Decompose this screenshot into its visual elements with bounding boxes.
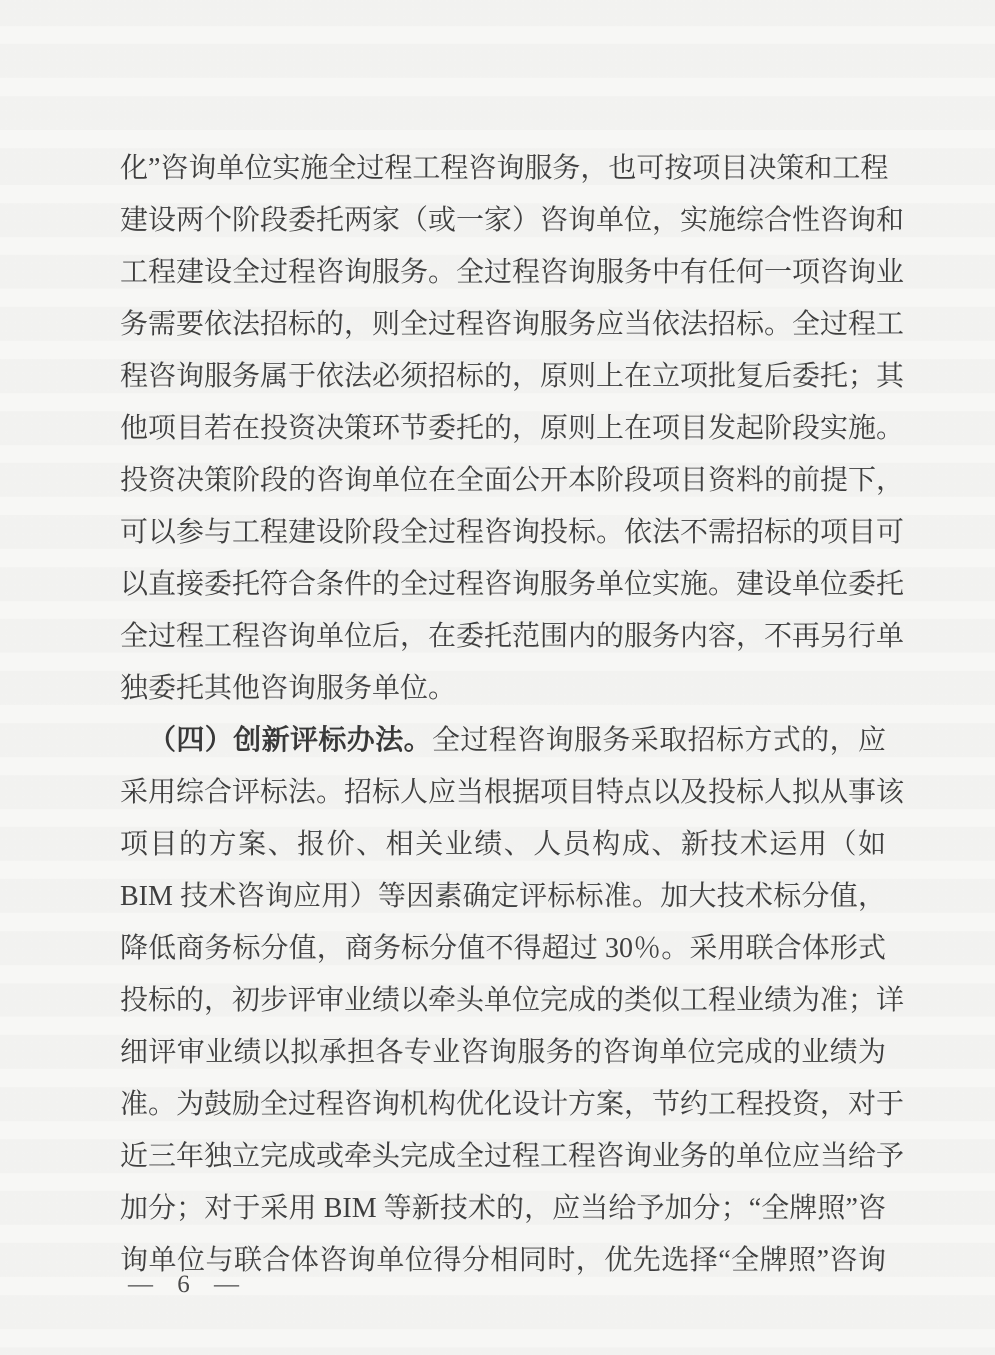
text-line: BIM 技术咨询应用）等因素确定评标标准。加大技术标分值，	[120, 871, 886, 923]
text-line: 投标的，初步评审业绩以牵头单位完成的类似工程业绩为准；详	[120, 975, 886, 1027]
text-line: 采用综合评标法。招标人应当根据项目特点以及投标人拟从事该	[120, 767, 886, 819]
text-line: 工程建设全过程咨询服务。全过程咨询服务中有任何一项咨询业	[120, 247, 886, 299]
page-footer: — 6 —	[128, 1268, 240, 1302]
text-line: 降低商务标分值，商务标分值不得超过 30％。采用联合体形式	[120, 923, 886, 975]
text-line: 建设两个阶段委托两家（或一家）咨询单位，实施综合性咨询和	[120, 195, 886, 247]
text-line: 准。为鼓励全过程咨询机构优化设计方案，节约工程投资，对于	[120, 1079, 886, 1131]
text-line: 务需要依法招标的，则全过程咨询服务应当依法招标。全过程工	[120, 299, 886, 351]
text-line: 近三年独立完成或牵头完成全过程工程咨询业务的单位应当给予	[120, 1131, 886, 1183]
text-line: 全过程工程咨询单位后，在委托范围内的服务内容，不再另行单	[120, 611, 886, 663]
text-line: 程咨询服务属于依法必须招标的，原则上在立项批复后委托；其	[120, 351, 886, 403]
text-line: 加分；对于采用 BIM 等新技术的，应当给予加分；“全牌照”咨	[120, 1183, 886, 1235]
text-line: 以直接委托符合条件的全过程咨询服务单位实施。建设单位委托	[120, 559, 886, 611]
text-line: 细评审业绩以拟承担各专业咨询服务的咨询单位完成的业绩为	[120, 1027, 886, 1079]
text-line: 他项目若在投资决策环节委托的，原则上在项目发起阶段实施。	[120, 403, 886, 455]
section-heading-continuation: 全过程咨询服务采取招标方式的，应	[432, 725, 886, 756]
page-number: — 6 —	[128, 1271, 240, 1298]
document-page: 化”咨询单位实施全过程工程咨询服务，也可按项目决策和工程 建设两个阶段委托两家（…	[0, 0, 995, 1355]
text-line: 项目的方案、报价、相关业绩、人员构成、新技术运用（如	[120, 819, 886, 871]
text-line-section-heading: （四）创新评标办法。全过程咨询服务采取招标方式的，应	[120, 715, 886, 767]
section-heading-label: （四）创新评标办法。	[148, 725, 432, 756]
text-line-paragraph-end: 独委托其他咨询服务单位。	[120, 663, 886, 715]
text-line: 可以参与工程建设阶段全过程咨询投标。依法不需招标的项目可	[120, 507, 886, 559]
body-text-block: 化”咨询单位实施全过程工程咨询服务，也可按项目决策和工程 建设两个阶段委托两家（…	[120, 143, 886, 1287]
text-line: 化”咨询单位实施全过程工程咨询服务，也可按项目决策和工程	[120, 143, 886, 195]
text-line: 投资决策阶段的咨询单位在全面公开本阶段项目资料的前提下，	[120, 455, 886, 507]
